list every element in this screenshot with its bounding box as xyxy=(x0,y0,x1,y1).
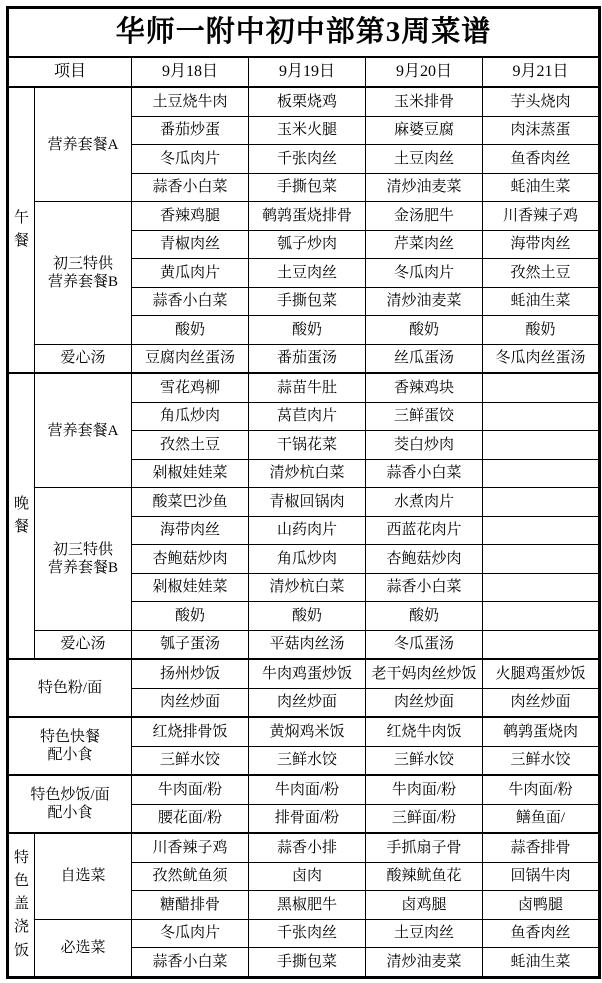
lunch-setA-label: 营养套餐A xyxy=(35,87,132,202)
dish-cell: 孜然鱿鱼须 xyxy=(132,862,249,891)
menu-sheet: 华师一附中初中部第3周菜谱 项目 9月18日 9月19日 9月20日 9月21日… xyxy=(0,0,602,983)
dish-cell: 酸菜巴沙鱼 xyxy=(132,488,249,517)
dish-cell: 玉米排骨 xyxy=(366,87,483,116)
header-item-label: 项目 xyxy=(8,57,132,87)
dish-cell xyxy=(483,602,600,631)
dish-cell: 三鲜水饺 xyxy=(249,746,366,775)
dish-cell: 火腿鸡蛋炒饭 xyxy=(483,659,600,688)
friedrice-label: 特色炒饭/面 配小食 xyxy=(8,775,132,833)
dish-cell: 黄瓜肉片 xyxy=(132,259,249,288)
dish-cell: 酸奶 xyxy=(132,316,249,345)
dish-cell: 酸奶 xyxy=(249,602,366,631)
dish-cell: 清炒杭白菜 xyxy=(249,573,366,602)
menu-table: 华师一附中初中部第3周菜谱 项目 9月18日 9月19日 9月20日 9月21日… xyxy=(6,6,601,979)
table-row: 初三特供 营养套餐B 酸菜巴沙鱼 青椒回锅肉 水煮肉片 xyxy=(8,488,600,517)
dish-cell: 麻婆豆腐 xyxy=(366,116,483,145)
dish-cell: 红烧排骨饭 xyxy=(132,717,249,746)
dish-cell: 水煮肉片 xyxy=(366,488,483,517)
dish-cell: 蒜香小白菜 xyxy=(366,459,483,488)
dish-cell: 酸辣鱿鱼花 xyxy=(366,862,483,891)
dish-cell: 手撕包菜 xyxy=(249,173,366,202)
dish-cell: 角瓜炒肉 xyxy=(249,545,366,574)
dinner-setA-label: 营养套餐A xyxy=(35,373,132,488)
dish-cell: 腰花面/粉 xyxy=(132,804,249,833)
dish-cell: 肉丝炒面 xyxy=(249,688,366,717)
dish-cell: 清炒油麦菜 xyxy=(366,173,483,202)
dish-cell: 鹌鹑蛋烧排骨 xyxy=(249,202,366,231)
dish-cell: 青椒回锅肉 xyxy=(249,488,366,517)
dish-cell: 清炒杭白菜 xyxy=(249,459,366,488)
dish-cell: 土豆肉丝 xyxy=(249,259,366,288)
dish-cell: 土豆烧牛肉 xyxy=(132,87,249,116)
dish-cell: 孜然土豆 xyxy=(483,259,600,288)
dish-cell: 黄焖鸡米饭 xyxy=(249,717,366,746)
dish-cell: 冬瓜蛋汤 xyxy=(366,630,483,659)
dish-cell: 豆腐肉丝蛋汤 xyxy=(132,344,249,373)
dish-cell: 卤肉 xyxy=(249,862,366,891)
dinner-soup-label: 爱心汤 xyxy=(35,630,132,659)
table-row: 午餐 营养套餐A 土豆烧牛肉 板栗烧鸡 玉米排骨 芋头烧肉 xyxy=(8,87,600,116)
dish-cell xyxy=(483,402,600,431)
dish-cell: 蒜香小白菜 xyxy=(132,173,249,202)
dish-cell: 海带肉丝 xyxy=(483,230,600,259)
dinner-setB-label: 初三特供 营养套餐B xyxy=(35,488,132,631)
dish-cell: 川香辣子鸡 xyxy=(483,202,600,231)
dish-cell: 瓠子炒肉 xyxy=(249,230,366,259)
dish-cell: 三鲜面/粉 xyxy=(366,804,483,833)
dish-cell: 芋头烧肉 xyxy=(483,87,600,116)
dish-cell: 肉丝炒面 xyxy=(483,688,600,717)
dish-cell: 三鲜水饺 xyxy=(366,746,483,775)
dish-cell xyxy=(483,545,600,574)
header-row: 项目 9月18日 9月19日 9月20日 9月21日 xyxy=(8,57,600,87)
dish-cell: 肉丝炒面 xyxy=(132,688,249,717)
dish-cell: 干锅花菜 xyxy=(249,431,366,460)
dish-cell: 酸奶 xyxy=(132,602,249,631)
dish-cell: 鱼香肉丝 xyxy=(483,919,600,948)
dish-cell: 三鲜蛋饺 xyxy=(366,402,483,431)
dish-cell xyxy=(483,431,600,460)
table-row: 特色炒饭/面 配小食 牛肉面/粉 牛肉面/粉 牛肉面/粉 牛肉面/粉 xyxy=(8,775,600,804)
dish-cell: 肉丝炒面 xyxy=(366,688,483,717)
dish-cell: 西蓝花肉片 xyxy=(366,516,483,545)
dish-cell: 蒜香排骨 xyxy=(483,833,600,862)
dish-cell: 回锅牛肉 xyxy=(483,862,600,891)
date-header: 9月20日 xyxy=(366,57,483,87)
table-row: 特色快餐 配小食 红烧排骨饭 黄焖鸡米饭 红烧牛肉饭 鹌鹑蛋烧肉 xyxy=(8,717,600,746)
dish-cell: 丝瓜蛋汤 xyxy=(366,344,483,373)
dish-cell: 蚝油生菜 xyxy=(483,948,600,978)
dish-cell: 酸奶 xyxy=(366,602,483,631)
dish-cell: 蒜香小白菜 xyxy=(132,287,249,316)
dish-cell: 蒜苗牛肚 xyxy=(249,373,366,402)
dish-cell: 茭白炒肉 xyxy=(366,431,483,460)
dish-cell: 土豆肉丝 xyxy=(366,919,483,948)
dish-cell: 蚝油生菜 xyxy=(483,173,600,202)
lunch-setB-label: 初三特供 营养套餐B xyxy=(35,202,132,345)
dish-cell: 蚝油生菜 xyxy=(483,287,600,316)
dish-cell: 平菇肉丝汤 xyxy=(249,630,366,659)
dish-cell: 牛肉面/粉 xyxy=(366,775,483,804)
lunch-label: 午餐 xyxy=(8,87,35,373)
date-header: 9月21日 xyxy=(483,57,600,87)
dish-cell: 剁椒娃娃菜 xyxy=(132,573,249,602)
dish-cell xyxy=(483,630,600,659)
dish-cell: 冬瓜肉丝蛋汤 xyxy=(483,344,600,373)
dish-cell: 冬瓜肉片 xyxy=(132,145,249,174)
dish-cell: 杏鲍菇炒肉 xyxy=(366,545,483,574)
dish-cell: 卤鸡腿 xyxy=(366,891,483,920)
table-row: 特色盖浇饭 自选菜 川香辣子鸡 蒜香小排 手抓扇子骨 蒜香排骨 xyxy=(8,833,600,862)
dish-cell: 手抓扇子骨 xyxy=(366,833,483,862)
dish-cell: 牛肉面/粉 xyxy=(249,775,366,804)
dish-cell: 芹菜肉丝 xyxy=(366,230,483,259)
dish-cell: 黑椒肥牛 xyxy=(249,891,366,920)
dish-cell: 糖醋排骨 xyxy=(132,891,249,920)
dish-cell: 青椒肉丝 xyxy=(132,230,249,259)
dish-cell: 土豆肉丝 xyxy=(366,145,483,174)
noodles-label: 特色粉/面 xyxy=(8,659,132,717)
fastfood-label: 特色快餐 配小食 xyxy=(8,717,132,775)
dish-cell: 香辣鸡腿 xyxy=(132,202,249,231)
dish-cell: 千张肉丝 xyxy=(249,145,366,174)
date-header: 9月19日 xyxy=(249,57,366,87)
dish-cell: 山药肉片 xyxy=(249,516,366,545)
title-row: 华师一附中初中部第3周菜谱 xyxy=(8,8,600,58)
table-row: 爱心汤 瓠子蛋汤 平菇肉丝汤 冬瓜蛋汤 xyxy=(8,630,600,659)
dish-cell: 牛肉面/粉 xyxy=(132,775,249,804)
dish-cell: 牛肉面/粉 xyxy=(483,775,600,804)
dish-cell: 红烧牛肉饭 xyxy=(366,717,483,746)
dish-cell xyxy=(483,488,600,517)
dish-cell: 千张肉丝 xyxy=(249,919,366,948)
dish-cell: 老干妈肉丝炒饭 xyxy=(366,659,483,688)
dish-cell: 杏鲍菇炒肉 xyxy=(132,545,249,574)
dish-cell: 肉沫蒸蛋 xyxy=(483,116,600,145)
table-row: 必选菜 冬瓜肉片 千张肉丝 土豆肉丝 鱼香肉丝 xyxy=(8,919,600,948)
dish-cell: 手撕包菜 xyxy=(249,287,366,316)
dish-cell: 玉米火腿 xyxy=(249,116,366,145)
dish-cell: 蒜香小白菜 xyxy=(366,573,483,602)
dish-cell: 剁椒娃娃菜 xyxy=(132,459,249,488)
dish-cell xyxy=(483,373,600,402)
dish-cell: 香辣鸡块 xyxy=(366,373,483,402)
dish-cell: 番茄蛋汤 xyxy=(249,344,366,373)
lunch-soup-label: 爱心汤 xyxy=(35,344,132,373)
dish-cell: 蒜香小排 xyxy=(249,833,366,862)
table-row: 特色粉/面 扬州炒饭 牛肉鸡蛋炒饭 老干妈肉丝炒饭 火腿鸡蛋炒饭 xyxy=(8,659,600,688)
dish-cell: 瓠子蛋汤 xyxy=(132,630,249,659)
dish-cell: 清炒油麦菜 xyxy=(366,287,483,316)
dish-cell: 酸奶 xyxy=(483,316,600,345)
dish-cell: 排骨面/粉 xyxy=(249,804,366,833)
dish-cell: 手撕包菜 xyxy=(249,948,366,978)
ricebowl-label: 特色盖浇饭 xyxy=(8,833,35,977)
dish-cell: 牛肉鸡蛋炒饭 xyxy=(249,659,366,688)
dish-cell: 清炒油麦菜 xyxy=(366,948,483,978)
required-dishes-label: 必选菜 xyxy=(35,919,132,977)
dish-cell: 鱼香肉丝 xyxy=(483,145,600,174)
dish-cell: 冬瓜肉片 xyxy=(132,919,249,948)
optional-dishes-label: 自选菜 xyxy=(35,833,132,919)
dish-cell: 金汤肥牛 xyxy=(366,202,483,231)
dish-cell: 番茄炒蛋 xyxy=(132,116,249,145)
dish-cell: 冬瓜肉片 xyxy=(366,259,483,288)
dish-cell: 扬州炒饭 xyxy=(132,659,249,688)
table-row: 初三特供 营养套餐B 香辣鸡腿 鹌鹑蛋烧排骨 金汤肥牛 川香辣子鸡 xyxy=(8,202,600,231)
dish-cell: 酸奶 xyxy=(366,316,483,345)
table-row: 晚餐 营养套餐A 雪花鸡柳 蒜苗牛肚 香辣鸡块 xyxy=(8,373,600,402)
dish-cell: 板栗烧鸡 xyxy=(249,87,366,116)
table-row: 爱心汤 豆腐肉丝蛋汤 番茄蛋汤 丝瓜蛋汤 冬瓜肉丝蛋汤 xyxy=(8,344,600,373)
dish-cell: 三鲜水饺 xyxy=(483,746,600,775)
dish-cell xyxy=(483,459,600,488)
dish-cell xyxy=(483,516,600,545)
dish-cell: 角瓜炒肉 xyxy=(132,402,249,431)
dish-cell: 鳝鱼面/ xyxy=(483,804,600,833)
dinner-label: 晚餐 xyxy=(8,373,35,659)
dish-cell: 莴苣肉片 xyxy=(249,402,366,431)
dish-cell: 川香辣子鸡 xyxy=(132,833,249,862)
dish-cell: 孜然土豆 xyxy=(132,431,249,460)
dish-cell xyxy=(483,573,600,602)
dish-cell: 卤鸭腿 xyxy=(483,891,600,920)
dish-cell: 蒜香小白菜 xyxy=(132,948,249,978)
dish-cell: 鹌鹑蛋烧肉 xyxy=(483,717,600,746)
dish-cell: 雪花鸡柳 xyxy=(132,373,249,402)
date-header: 9月18日 xyxy=(132,57,249,87)
page-title: 华师一附中初中部第3周菜谱 xyxy=(8,8,600,58)
dish-cell: 三鲜水饺 xyxy=(132,746,249,775)
dish-cell: 酸奶 xyxy=(249,316,366,345)
dish-cell: 海带肉丝 xyxy=(132,516,249,545)
